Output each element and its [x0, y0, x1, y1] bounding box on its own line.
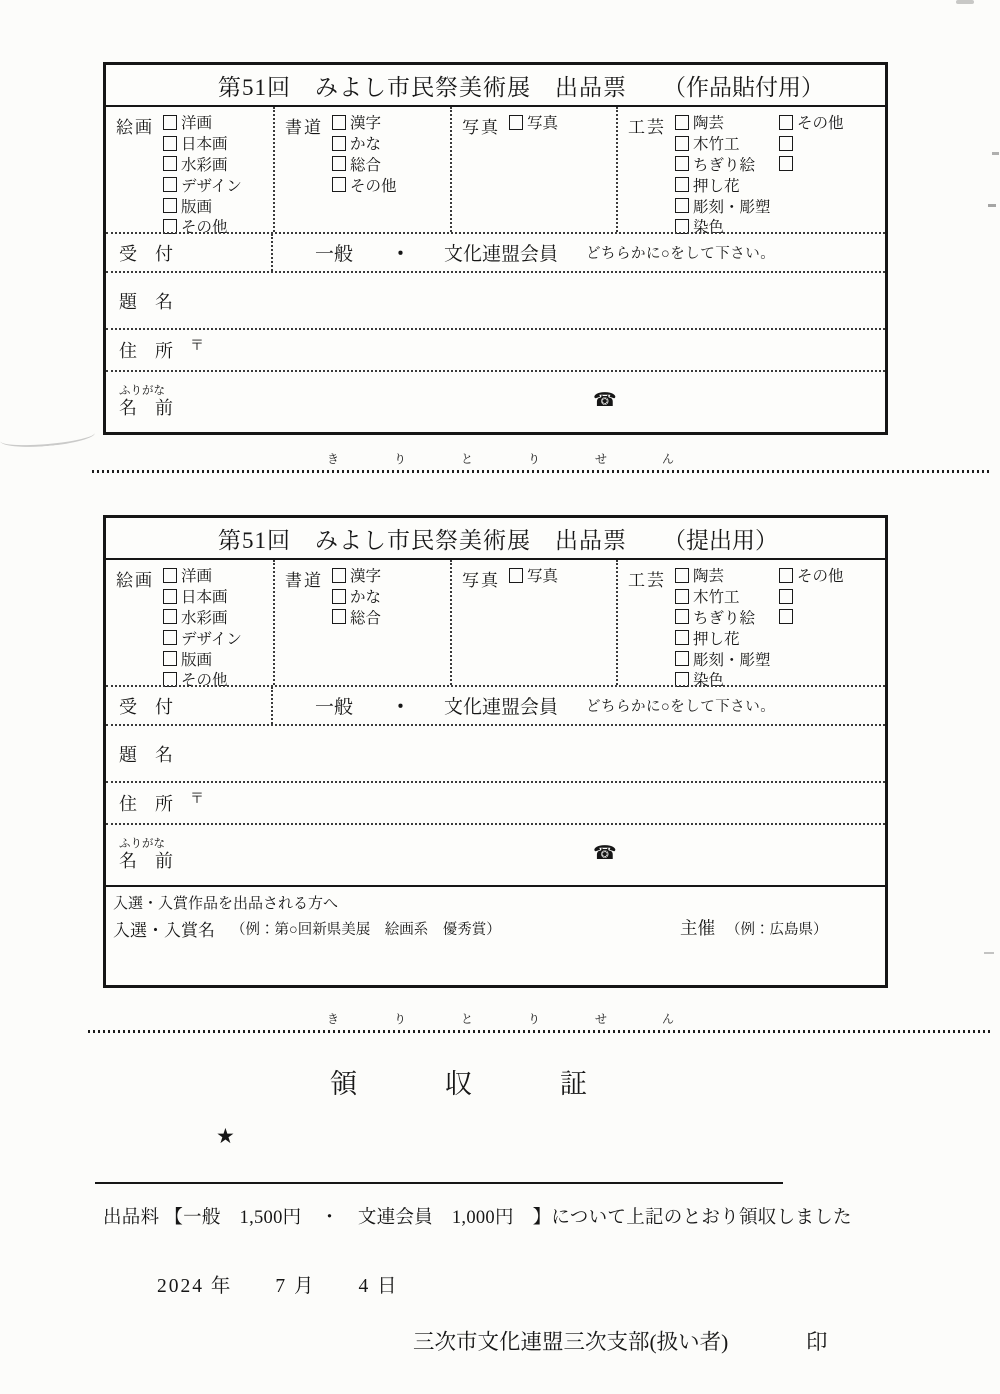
- craft-options: 陶芸 木竹工 ちぎり絵 押し花 彫刻・彫塑 染色: [675, 565, 779, 685]
- option-label: 版画: [181, 648, 212, 670]
- option-label: 陶芸: [693, 564, 724, 586]
- option-label: 陶芸: [693, 111, 724, 133]
- category-label: 絵画: [116, 565, 163, 685]
- checkbox-option-blank[interactable]: [779, 586, 844, 607]
- checkbox-option-blank[interactable]: [779, 607, 844, 628]
- checkbox-option[interactable]: ちぎり絵: [675, 154, 779, 175]
- checkbox-icon[interactable]: [675, 136, 689, 151]
- prize-section: 入選・入賞作品を出品される方へ 入選・入賞名 （例：第○回新県美展 絵画系 優秀…: [106, 885, 885, 985]
- checkbox-icon[interactable]: [779, 609, 793, 624]
- option-label: 漢字: [350, 111, 381, 133]
- checkbox-option[interactable]: 木竹工: [675, 586, 779, 607]
- title-field-label: 題 名: [119, 288, 173, 314]
- checkbox-option[interactable]: 写真: [509, 565, 558, 586]
- scan-smudge: [984, 952, 994, 954]
- name-label-stack: ふりがな 名 前: [119, 372, 173, 432]
- checkbox-option-blank[interactable]: [779, 133, 844, 154]
- checkbox-icon[interactable]: [779, 115, 793, 130]
- checkbox-option[interactable]: 彫刻・彫塑: [675, 648, 779, 669]
- checkbox-option[interactable]: 彫刻・彫塑: [675, 195, 779, 216]
- photo-options: 写真: [509, 565, 558, 685]
- receipt-signature-line: [95, 1182, 783, 1184]
- checkbox-option[interactable]: その他: [779, 112, 844, 133]
- checkbox-option[interactable]: かな: [332, 586, 381, 607]
- option-label: 洋画: [181, 111, 212, 133]
- furigana-label: ふりがな: [119, 385, 173, 398]
- telephone-icon: ☎: [593, 842, 617, 865]
- option-label: 写真: [527, 111, 558, 133]
- option-label: 木竹工: [693, 585, 740, 607]
- option-label: ちぎり絵: [693, 606, 755, 628]
- address-field-label: 住 所: [119, 337, 173, 363]
- checkbox-icon[interactable]: [675, 589, 689, 604]
- checkbox-option[interactable]: かな: [332, 133, 397, 154]
- checkbox-icon[interactable]: [163, 115, 177, 130]
- option-label: 水彩画: [181, 153, 228, 175]
- checkbox-option[interactable]: その他: [332, 174, 397, 195]
- option-label: その他: [797, 111, 844, 133]
- checkbox-icon[interactable]: [779, 568, 793, 583]
- checkbox-option-blank[interactable]: [779, 154, 844, 175]
- category-label: 書道: [285, 565, 332, 685]
- name-field-row: ふりがな 名 前 ☎: [106, 823, 885, 885]
- option-member[interactable]: 文化連盟会員: [444, 239, 558, 266]
- category-label: 工芸: [628, 565, 675, 685]
- name-input-area[interactable]: [173, 372, 885, 432]
- checkbox-icon[interactable]: [675, 609, 689, 624]
- postal-mark: 〒: [190, 788, 204, 808]
- category-label: 写真: [462, 112, 509, 232]
- checkbox-icon[interactable]: [779, 136, 793, 151]
- category-label: 写真: [462, 565, 509, 685]
- checkbox-option[interactable]: 写真: [509, 112, 558, 133]
- reception-label: 受 付: [106, 687, 273, 724]
- checkbox-option[interactable]: ちぎり絵: [675, 607, 779, 628]
- scan-smudge: [988, 204, 996, 207]
- category-painting: 絵画 洋画 日本画 水彩画 デザイン 版画 その他: [106, 107, 273, 232]
- title-field-label: 題 名: [119, 741, 173, 767]
- receipt-date: 2024 年 7 月 4 日: [157, 1270, 399, 1298]
- name-field-label: 名 前: [119, 398, 173, 419]
- telephone-icon: ☎: [593, 389, 617, 412]
- option-label: 彫刻・彫塑: [693, 648, 771, 670]
- option-label: 日本画: [181, 585, 228, 607]
- furigana-label: ふりがな: [119, 838, 173, 851]
- scan-smudge: [0, 424, 96, 450]
- checkbox-option[interactable]: 水彩画: [163, 154, 242, 175]
- option-label: その他: [797, 564, 844, 586]
- title-input-area[interactable]: [173, 726, 885, 781]
- address-input-area[interactable]: [204, 783, 885, 823]
- option-label: その他: [350, 174, 397, 196]
- checkbox-icon[interactable]: [163, 651, 177, 666]
- checkbox-icon[interactable]: [509, 568, 523, 583]
- scanned-entry-form-page: { "common": { "reception": { "label": "受…: [0, 0, 1000, 1394]
- checkbox-option[interactable]: 版画: [163, 648, 242, 669]
- checkbox-option[interactable]: 洋画: [163, 112, 242, 133]
- option-label: かな: [350, 585, 381, 607]
- receipt-fee-statement: 出品料 【一般 1,500円 ・ 文連会員 1,000円 】について上記のとおり…: [103, 1203, 852, 1229]
- checkbox-icon[interactable]: [332, 156, 346, 171]
- separator-dot: ・: [391, 239, 410, 266]
- cut-line-dotted: [88, 1030, 993, 1033]
- organizer-example: （例：広島県）: [726, 918, 828, 939]
- checkbox-icon[interactable]: [509, 115, 523, 130]
- checkbox-icon[interactable]: [163, 609, 177, 624]
- option-label: 漢字: [350, 564, 381, 586]
- entry-form-submit: 第51回 みよし市民祭美術展 出品票 （提出用） 絵画 洋画 日本画 水彩画 デ…: [103, 515, 888, 988]
- name-field-row: ふりがな 名 前 ☎: [106, 370, 885, 432]
- option-label: デザイン: [181, 174, 242, 196]
- checkbox-icon[interactable]: [163, 198, 177, 213]
- category-photo: 写真 写真: [450, 107, 616, 232]
- category-label: 書道: [285, 112, 332, 232]
- receipt-title: 領収証: [330, 1062, 675, 1101]
- checkbox-icon[interactable]: [675, 177, 689, 192]
- checkbox-option[interactable]: 押し花: [675, 627, 779, 648]
- checkbox-icon[interactable]: [163, 568, 177, 583]
- category-row: 絵画 洋画 日本画 水彩画 デザイン 版画 その他 書道 漢字 かな 総合 写真…: [106, 560, 885, 685]
- title-field-row: 題 名: [106, 271, 885, 328]
- option-label: 版画: [181, 195, 212, 217]
- cut-line-text: きりとりせん: [327, 1010, 729, 1027]
- checkbox-option[interactable]: 陶芸: [675, 565, 779, 586]
- scan-smudge: [992, 152, 999, 155]
- checkbox-icon[interactable]: [675, 156, 689, 171]
- checkbox-option[interactable]: その他: [779, 565, 844, 586]
- scan-smudge: [956, 0, 974, 4]
- option-label: 木竹工: [693, 132, 740, 154]
- option-label: 日本画: [181, 132, 228, 154]
- photo-options: 写真: [509, 112, 558, 232]
- address-field-label: 住 所: [119, 790, 173, 816]
- category-label: 絵画: [116, 112, 163, 232]
- checkbox-option[interactable]: 木竹工: [675, 133, 779, 154]
- category-craft: 工芸 陶芸 木竹工 ちぎり絵 押し花 彫刻・彫塑 染色 その他: [616, 107, 885, 232]
- reception-note: どちらかに○をして下さい。: [586, 695, 775, 716]
- checkbox-option[interactable]: 版画: [163, 195, 242, 216]
- option-label: デザイン: [181, 627, 242, 649]
- checkbox-option[interactable]: 日本画: [163, 133, 242, 154]
- reception-note: どちらかに○をして下さい。: [586, 242, 775, 263]
- painting-options: 洋画 日本画 水彩画 デザイン 版画 その他: [163, 565, 242, 685]
- option-label: 総合: [350, 606, 381, 628]
- checkbox-option[interactable]: デザイン: [163, 174, 242, 195]
- option-label: 写真: [527, 564, 558, 586]
- cut-line-dotted: [92, 470, 992, 473]
- option-label: 彫刻・彫塑: [693, 195, 771, 217]
- checkbox-icon[interactable]: [779, 589, 793, 604]
- checkbox-option[interactable]: 押し花: [675, 174, 779, 195]
- checkbox-icon[interactable]: [163, 136, 177, 151]
- checkbox-option[interactable]: 洋画: [163, 565, 242, 586]
- option-general[interactable]: 一般: [315, 239, 353, 266]
- option-general[interactable]: 一般: [315, 692, 353, 719]
- title-input-area[interactable]: [173, 273, 885, 328]
- form-usage-label: （提出用）: [663, 522, 778, 555]
- checkbox-icon[interactable]: [675, 198, 689, 213]
- prize-heading: 入選・入賞作品を出品される方へ: [113, 892, 338, 913]
- reception-row: 受 付 一般 ・ 文化連盟会員 どちらかに○をして下さい。: [106, 685, 885, 724]
- craft-options: 陶芸 木竹工 ちぎり絵 押し花 彫刻・彫塑 染色: [675, 112, 779, 232]
- category-craft: 工芸 陶芸 木竹工 ちぎり絵 押し花 彫刻・彫塑 染色 その他: [616, 560, 885, 685]
- checkbox-option[interactable]: 総合: [332, 154, 397, 175]
- checkbox-option[interactable]: デザイン: [163, 627, 242, 648]
- reception-choice-area[interactable]: 一般 ・ 文化連盟会員 どちらかに○をして下さい。: [273, 234, 885, 271]
- checkbox-icon[interactable]: [332, 136, 346, 151]
- checkbox-icon[interactable]: [675, 630, 689, 645]
- checkbox-option[interactable]: 日本画: [163, 586, 242, 607]
- category-calligraphy: 書道 漢字 かな 総合 その他: [273, 107, 450, 232]
- cut-line-text: きりとりせん: [327, 450, 729, 467]
- checkbox-icon[interactable]: [163, 589, 177, 604]
- form-title-row: 第51回 みよし市民祭美術展 出品票 （作品貼付用）: [106, 65, 885, 107]
- checkbox-option[interactable]: 漢字: [332, 112, 397, 133]
- category-painting: 絵画 洋画 日本画 水彩画 デザイン 版画 その他: [106, 560, 273, 685]
- category-calligraphy: 書道 漢字 かな 総合: [273, 560, 450, 685]
- option-label: 洋画: [181, 564, 212, 586]
- option-label: 水彩画: [181, 606, 228, 628]
- prize-input-area[interactable]: [106, 937, 885, 985]
- prize-example: （例：第○回新県美展 絵画系 優秀賞）: [231, 918, 501, 939]
- option-label: 押し花: [693, 174, 740, 196]
- name-label-stack: ふりがな 名 前: [119, 825, 173, 885]
- separator-dot: ・: [391, 692, 410, 719]
- checkbox-icon[interactable]: [332, 568, 346, 583]
- option-label: 押し花: [693, 627, 740, 649]
- category-row: 絵画 洋画 日本画 水彩画 デザイン 版画 その他 書道 漢字 かな 総合 その…: [106, 107, 885, 232]
- option-member[interactable]: 文化連盟会員: [444, 692, 558, 719]
- title-field-row: 題 名: [106, 724, 885, 781]
- checkbox-option[interactable]: 総合: [332, 607, 381, 628]
- checkbox-icon[interactable]: [675, 651, 689, 666]
- reception-row: 受 付 一般 ・ 文化連盟会員 どちらかに○をして下さい。: [106, 232, 885, 271]
- form-usage-label: （作品貼付用）: [663, 69, 824, 102]
- form-title: 第51回 みよし市民祭美術展 出品票: [218, 522, 627, 555]
- checkbox-option[interactable]: 水彩画: [163, 607, 242, 628]
- reception-choice-area[interactable]: 一般 ・ 文化連盟会員 どちらかに○をして下さい。: [273, 687, 885, 724]
- form-title-row: 第51回 みよし市民祭美術展 出品票 （提出用）: [106, 518, 885, 560]
- option-label: ちぎり絵: [693, 153, 755, 175]
- address-input-area[interactable]: [204, 330, 885, 370]
- receipt-issuer: 三次市文化連盟三次支部(扱い者): [413, 1325, 728, 1356]
- address-field-row: 住 所 〒: [106, 781, 885, 823]
- name-input-area[interactable]: [173, 825, 885, 885]
- checkbox-icon[interactable]: [675, 568, 689, 583]
- reception-label: 受 付: [106, 234, 273, 271]
- calligraphy-options: 漢字 かな 総合 その他: [332, 112, 397, 232]
- category-label: 工芸: [628, 112, 675, 232]
- checkbox-option[interactable]: 漢字: [332, 565, 381, 586]
- calligraphy-options: 漢字 かな 総合: [332, 565, 381, 685]
- checkbox-icon[interactable]: [332, 177, 346, 192]
- seal-mark: 印: [806, 1325, 828, 1356]
- checkbox-icon[interactable]: [332, 115, 346, 130]
- checkbox-icon[interactable]: [163, 630, 177, 645]
- painting-options: 洋画 日本画 水彩画 デザイン 版画 その他: [163, 112, 242, 232]
- form-title: 第51回 みよし市民祭美術展 出品票: [218, 69, 627, 102]
- craft-extra-options: その他: [779, 565, 844, 685]
- checkbox-icon[interactable]: [163, 177, 177, 192]
- checkbox-option[interactable]: 陶芸: [675, 112, 779, 133]
- checkbox-icon[interactable]: [779, 156, 793, 171]
- address-field-row: 住 所 〒: [106, 328, 885, 370]
- option-label: かな: [350, 132, 381, 154]
- name-field-label: 名 前: [119, 851, 173, 872]
- category-photo: 写真 写真: [450, 560, 616, 685]
- checkbox-icon[interactable]: [675, 115, 689, 130]
- checkbox-icon[interactable]: [332, 609, 346, 624]
- postal-mark: 〒: [190, 335, 204, 355]
- checkbox-icon[interactable]: [163, 156, 177, 171]
- option-label: 総合: [350, 153, 381, 175]
- checkbox-icon[interactable]: [332, 589, 346, 604]
- entry-form-attach: 第51回 みよし市民祭美術展 出品票 （作品貼付用） 絵画 洋画 日本画 水彩画…: [103, 62, 888, 435]
- star-mark: ★: [216, 1124, 235, 1149]
- craft-extra-options: その他: [779, 112, 844, 232]
